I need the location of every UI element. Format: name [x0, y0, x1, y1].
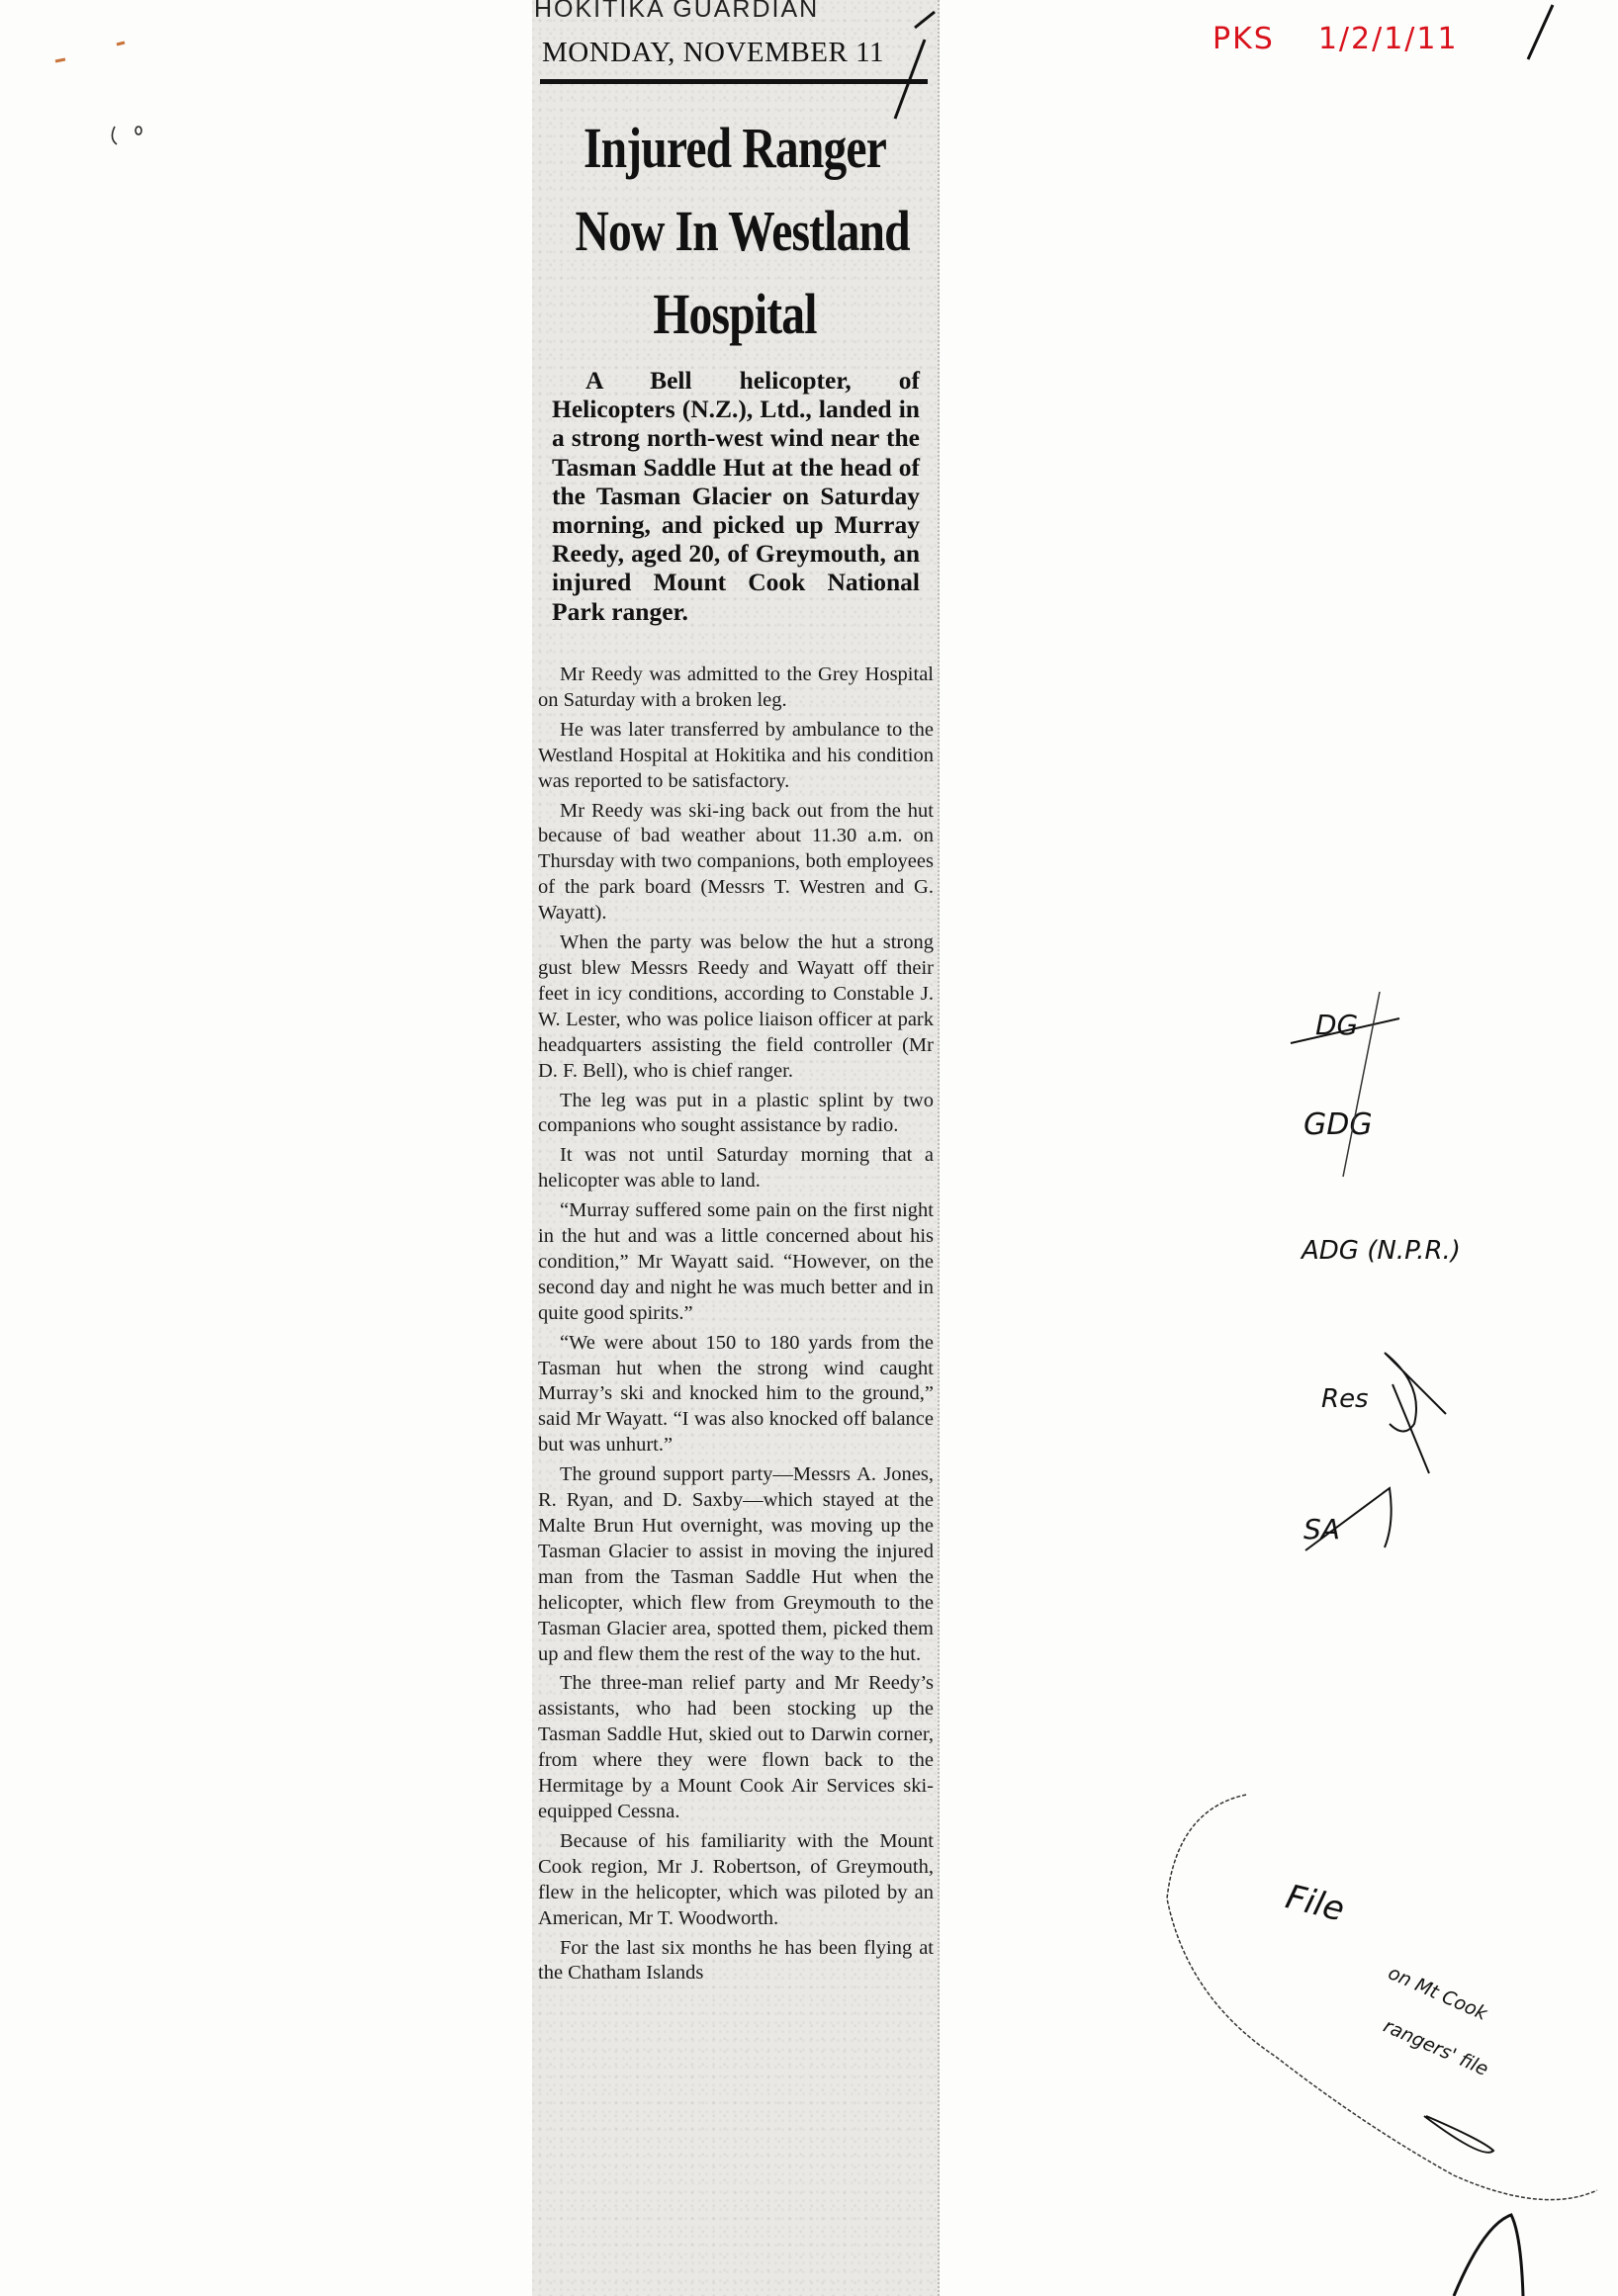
paragraph: For the last six months he has been flyi… [538, 1936, 934, 1987]
routing-initial: Res [1321, 1384, 1369, 1414]
paragraph: “Murray suffered some pain on the first … [538, 1198, 934, 1327]
paragraph: The leg was put in a plastic splint by t… [538, 1089, 934, 1140]
newspaper-name: HOKITIKA GUARDIAN [534, 0, 930, 24]
routing-initial: ADG (N.P.R.) [1302, 1236, 1461, 1266]
headline-line: Injured Ranger [575, 107, 894, 190]
article-body: Mr Reedy was admitted to the Grey Hospit… [538, 662, 934, 1990]
publication-date: MONDAY, NOVEMBER 11 [542, 36, 938, 69]
paragraph: When the party was below the hut a stron… [538, 930, 934, 1084]
lead-paragraph: A Bell helicopter, of Helicopters (N.Z.)… [552, 366, 920, 626]
paragraph: “We were about 150 to 180 yards from the… [538, 1331, 934, 1459]
headline-line: Hospital [575, 273, 894, 356]
paragraph: The three-man relief party and Mr Reedy’… [538, 1671, 934, 1824]
paragraph: Mr Reedy was admitted to the Grey Hospit… [538, 662, 934, 714]
paragraph: Mr Reedy was ski-ing back out from the h… [538, 799, 934, 927]
reference-number: 1/2/1/11 [1318, 22, 1459, 56]
paragraph: He was later transferred by ambulance to… [538, 718, 934, 795]
paragraph: The ground support party—Messrs A. Jones… [538, 1462, 934, 1667]
headline: Injured Ranger Now In Westland Hospital [575, 107, 894, 356]
paragraph: Because of his familiarity with the Moun… [538, 1829, 934, 1932]
paragraph: It was not until Saturday morning that a… [538, 1143, 934, 1194]
file-note: File [1282, 1877, 1348, 1929]
routing-initial: GDG [1303, 1107, 1373, 1142]
routing-initial: DG [1315, 1009, 1358, 1041]
file-note: rangers' file [1380, 2015, 1491, 2080]
masthead-rule [540, 79, 928, 84]
routing-initial: SA [1303, 1513, 1340, 1545]
headline-line: Now In Westland [575, 190, 894, 273]
reference-initials: PKS [1213, 22, 1275, 56]
file-reference: PKS1/2/1/11 [1213, 22, 1502, 56]
file-note: on Mt Cook [1385, 1962, 1490, 2025]
